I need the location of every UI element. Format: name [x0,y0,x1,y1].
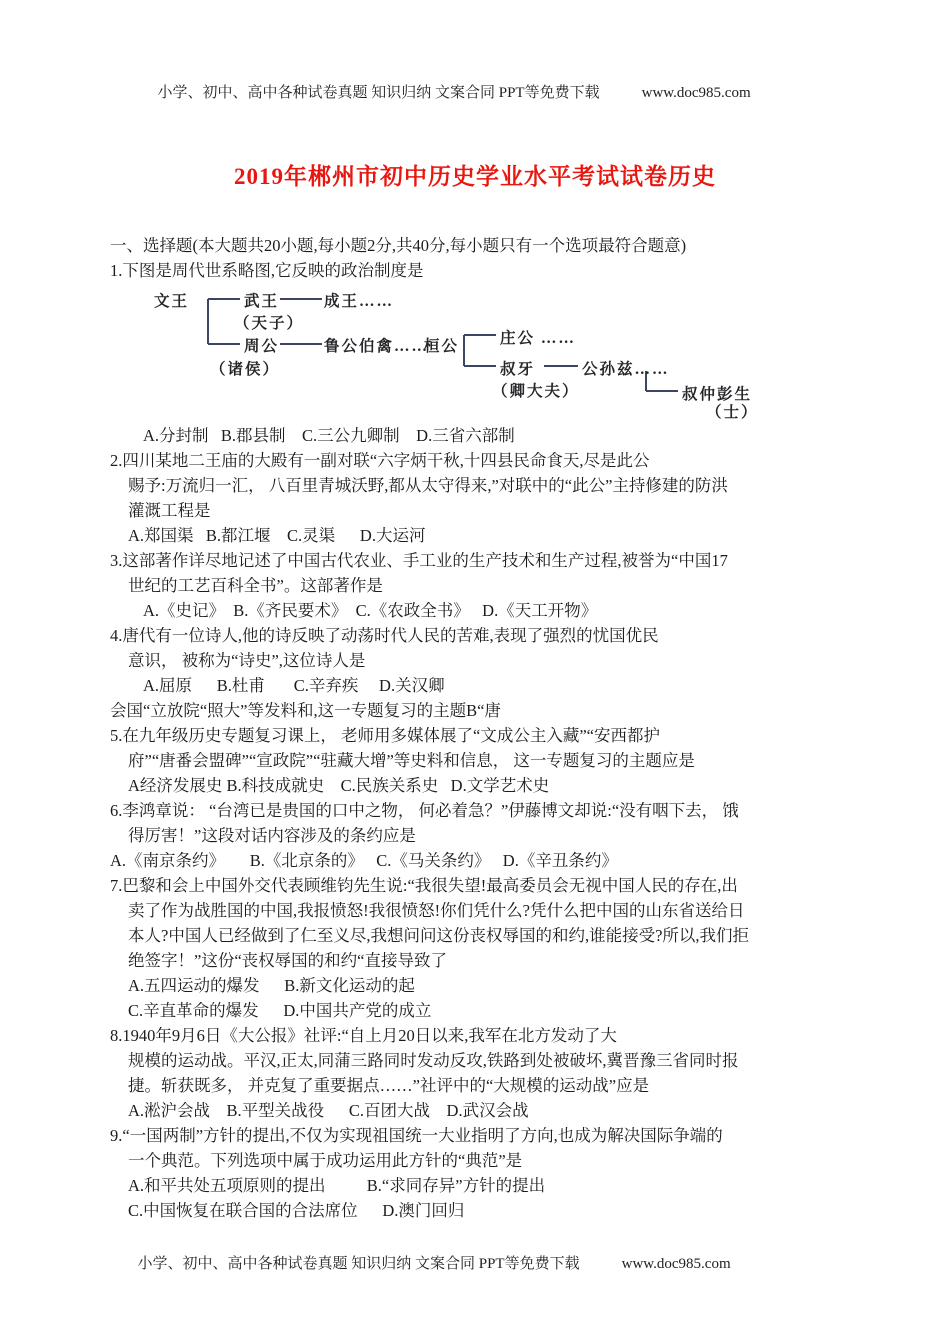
header-text: 小学、初中、高中各种试卷真题 知识归纳 文案合同 PPT等免费下载 [158,85,600,101]
question-8-stem-3: 捷。斩获既多， 并克复了重要据点……”社评中的“大规模的运动战”应是 [128,1073,950,1098]
question-4-stem-2: 意识， 被称为“诗史”,这位诗人是 [128,648,950,673]
question-7-stem-3: 本人?中国人已经做到了仁至义尽,我想问问这份丧权辱国的和约,谁能接受?所以,我们… [128,923,950,948]
node-gongsunzi: 公孙兹…… [582,357,670,379]
node-zhuhou-label: （诸侯） [210,357,280,379]
question-5-options: A经济发展史 B.科技成就史 C.民族关系史 D.文学艺术史 [128,773,950,798]
question-9-stem: 9.“一国两制”方针的提出,不仅为实现祖国统一大业指明了方向,也成为解决国际争端… [110,1123,950,1148]
question-6-stem-2: 得厉害！”这段对话内容涉及的条约应是 [128,823,950,848]
question-9-stem-2: 一个典范。下列选项中属于成功运用此方针的“典范”是 [128,1148,950,1173]
question-3-stem-2: 世纪的工艺百科全书”。这部著作是 [128,573,950,598]
question-9-options-cd: C.中国恢复在联合国的合法席位 D.澳门回归 [128,1198,950,1223]
stray-ocr-line: 会国“立放院“照大”等发料和,这一专题复习的主题B“唐 [110,698,950,723]
question-3-options: A.《史记》 B.《齐民要术》 C.《农政全书》 D.《天工开物》 [143,598,950,623]
page-footer: 小学、初中、高中各种试卷真题 知识归纳 文案合同 PPT等免费下载www.doc… [130,1235,950,1273]
node-shi-label: （士） [706,400,759,422]
question-7-options-ab: A.五四运动的爆发 B.新文化运动的起 [128,973,950,998]
question-5-stem: 5.在九年级历史专题复习课上， 老师用多媒体展了“文成公主入藏”“安西都护 [110,723,950,748]
question-2-options: A.郑国渠 B.都江堰 C.灵渠 D.大运河 [128,523,950,548]
question-6-options: A.《南京条约》 B.《北京条的》 C.《马关条约》 D.《辛丑条约》 [110,848,950,873]
footer-text: 小学、初中、高中各种试卷真题 知识归纳 文案合同 PPT等免费下载 [138,1256,580,1272]
section-heading: 一、选择题(本大题共20小题,每小题2分,共40分,每小题只有一个选项最符合题意… [110,233,950,258]
exam-body: 一、选择题(本大题共20小题,每小题2分,共40分,每小题只有一个选项最符合题意… [0,233,950,1223]
question-8-stem-2: 规模的运动战。平汉,正太,同蒲三路同时发动反攻,铁路到处被破坏,冀晋豫三省同时报 [128,1048,950,1073]
node-wenwang: 文王 [154,289,189,311]
question-9-options-ab: A.和平共处五项原则的提出 B.“求同存异”方针的提出 [128,1173,950,1198]
node-zhuanggong: 庄公 …… [500,326,576,348]
node-shuya: 叔牙 [500,357,535,379]
node-huangong: 桓公 [424,334,459,356]
question-3-stem: 3.这部著作详尽地记述了中国古代农业、手工业的生产技术和生产过程,被誉为“中国1… [110,548,950,573]
question-7-stem-4: 绝签字！”这份“丧权辱国的和约“直接导致了 [128,948,950,973]
node-qingdafu-label: （卿大夫） [492,379,580,401]
question-1-stem: 1.下图是周代世系略图,它反映的政治制度是 [110,258,950,283]
header-site-link[interactable]: www.doc985.com [642,85,751,101]
question-8-stem: 8.1940年9月6日《大公报》社评:“自上月20日以来,我军在北方发动了大 [110,1023,950,1048]
question-6-stem: 6.李鸿章说： “台湾已是贵国的口中之物， 何必着急？”伊藤博文却说:“没有咽下… [110,798,950,823]
question-5-stem-2: 府”“唐番会盟碑”“宣政院”“驻藏大增”等史料和信息， 这一专题复习的主题应是 [128,748,950,773]
question-7-options-cd: C.辛直革命的爆发 D.中国共产党的成立 [128,998,950,1023]
page-title: 2019年郴州市初中历史学业水平考试试卷历史 [0,158,950,191]
node-lugongboqin: 鲁公伯禽…… [324,334,429,356]
node-chengwang: 成王…… [324,289,394,311]
question-4-stem: 4.唐代有一位诗人,他的诗反映了动荡时代人民的苦难,表现了强烈的忧国优民 [110,623,950,648]
question-4-options: A.屈原 B.杜甫 C.辛弃疾 D.关汉卿 [143,673,950,698]
question-8-options: A.淞沪会战 B.平型关战役 C.百团大战 D.武汉会战 [128,1098,950,1123]
question-2-stem: 2.四川某地二王庙的大殿有一副对联“六字炳干秋,十四县民命食天,尽是此公 [110,448,950,473]
zhou-genealogy-diagram: 文王 武王 成王…… （天子） 周公 鲁公伯禽…… 桓公 （诸侯） 庄公 …… … [152,286,792,420]
node-wuwang: 武王 [244,289,279,311]
node-tianzi-label: （天子） [234,311,304,333]
question-7-stem: 7.巴黎和会上中国外交代表顾维钧先生说:“我很失望!最高委员会无视中国人民的存在… [110,873,950,898]
question-7-stem-2: 卖了作为战胜国的中国,我报愤怒!我很愤怒!你们凭什么?凭什么把中国的山东省送给日 [128,898,950,923]
question-2-stem-2: 赐予:万流归一汇， 八百里青城沃野,都从太守得来,”对联中的“此公”主持修建的防… [128,473,950,498]
footer-site-link[interactable]: www.doc985.com [622,1256,731,1272]
question-2-stem-3: 灌溉工程是 [128,498,950,523]
node-zhougong: 周公 [244,334,279,356]
question-1-options: A.分封制 B.郡县制 C.三公九卿制 D.三省六部制 [143,423,950,448]
page-header: 小学、初中、高中各种试卷真题 知识归纳 文案合同 PPT等免费下载www.doc… [150,64,950,102]
